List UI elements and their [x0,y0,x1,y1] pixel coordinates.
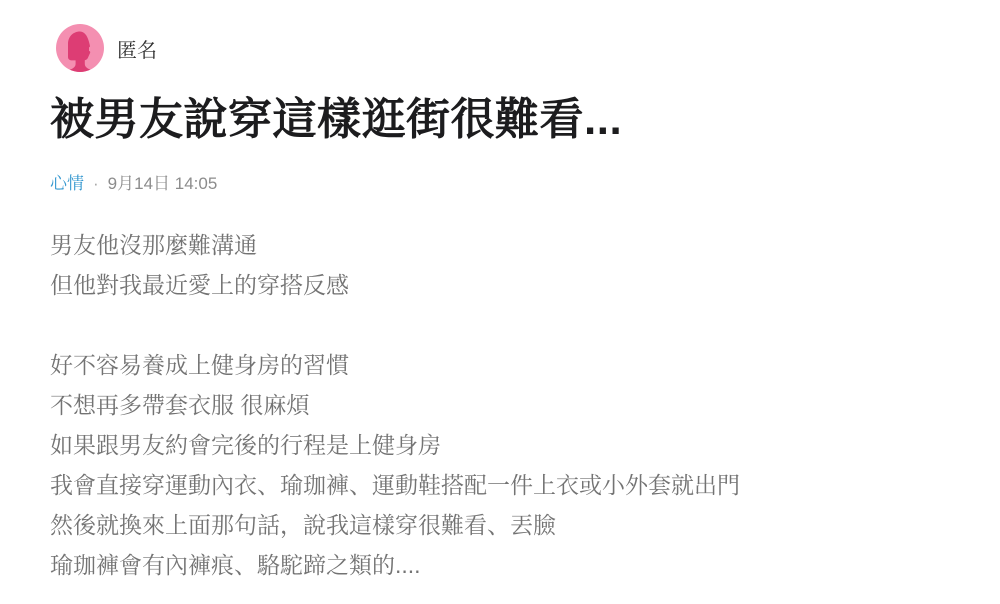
post-date: 9月14日 14:05 [108,173,218,194]
category-link[interactable]: 心情 [50,173,84,194]
body-line: 好不容易養成上健身房的習慣 [50,345,960,385]
post-header: 匿名 [56,24,960,72]
body-line: 但他對我最近愛上的穿搭反感 [50,265,960,305]
post-meta: 心情 · 9月14日 14:05 [50,173,960,194]
anonymous-female-avatar-icon [56,24,104,72]
body-line-blank [50,305,960,345]
post-page: 匿名 被男友說穿這樣逛街很難看... 心情 · 9月14日 14:05 男友他沒… [0,0,1000,585]
body-line: 瑜珈褲會有內褲痕、駱駝蹄之類的.... [50,545,960,585]
post-title: 被男友說穿這樣逛街很難看... [50,92,960,148]
body-line: 然後就換來上面那句話，說我這樣穿很難看、丟臉 [50,505,960,545]
author-name: 匿名 [117,34,157,63]
body-line: 男友他沒那麼難溝通 [50,225,960,265]
body-line: 我會直接穿運動內衣、瑜珈褲、運動鞋搭配一件上衣或小外套就出門 [50,465,960,505]
meta-separator-dot: · [93,173,99,194]
post-body: 男友他沒那麼難溝通 但他對我最近愛上的穿搭反感 好不容易養成上健身房的習慣 不想… [50,225,960,585]
body-line: 不想再多帶套衣服 很麻煩 [50,385,960,425]
body-line: 如果跟男友約會完後的行程是上健身房 [50,425,960,465]
